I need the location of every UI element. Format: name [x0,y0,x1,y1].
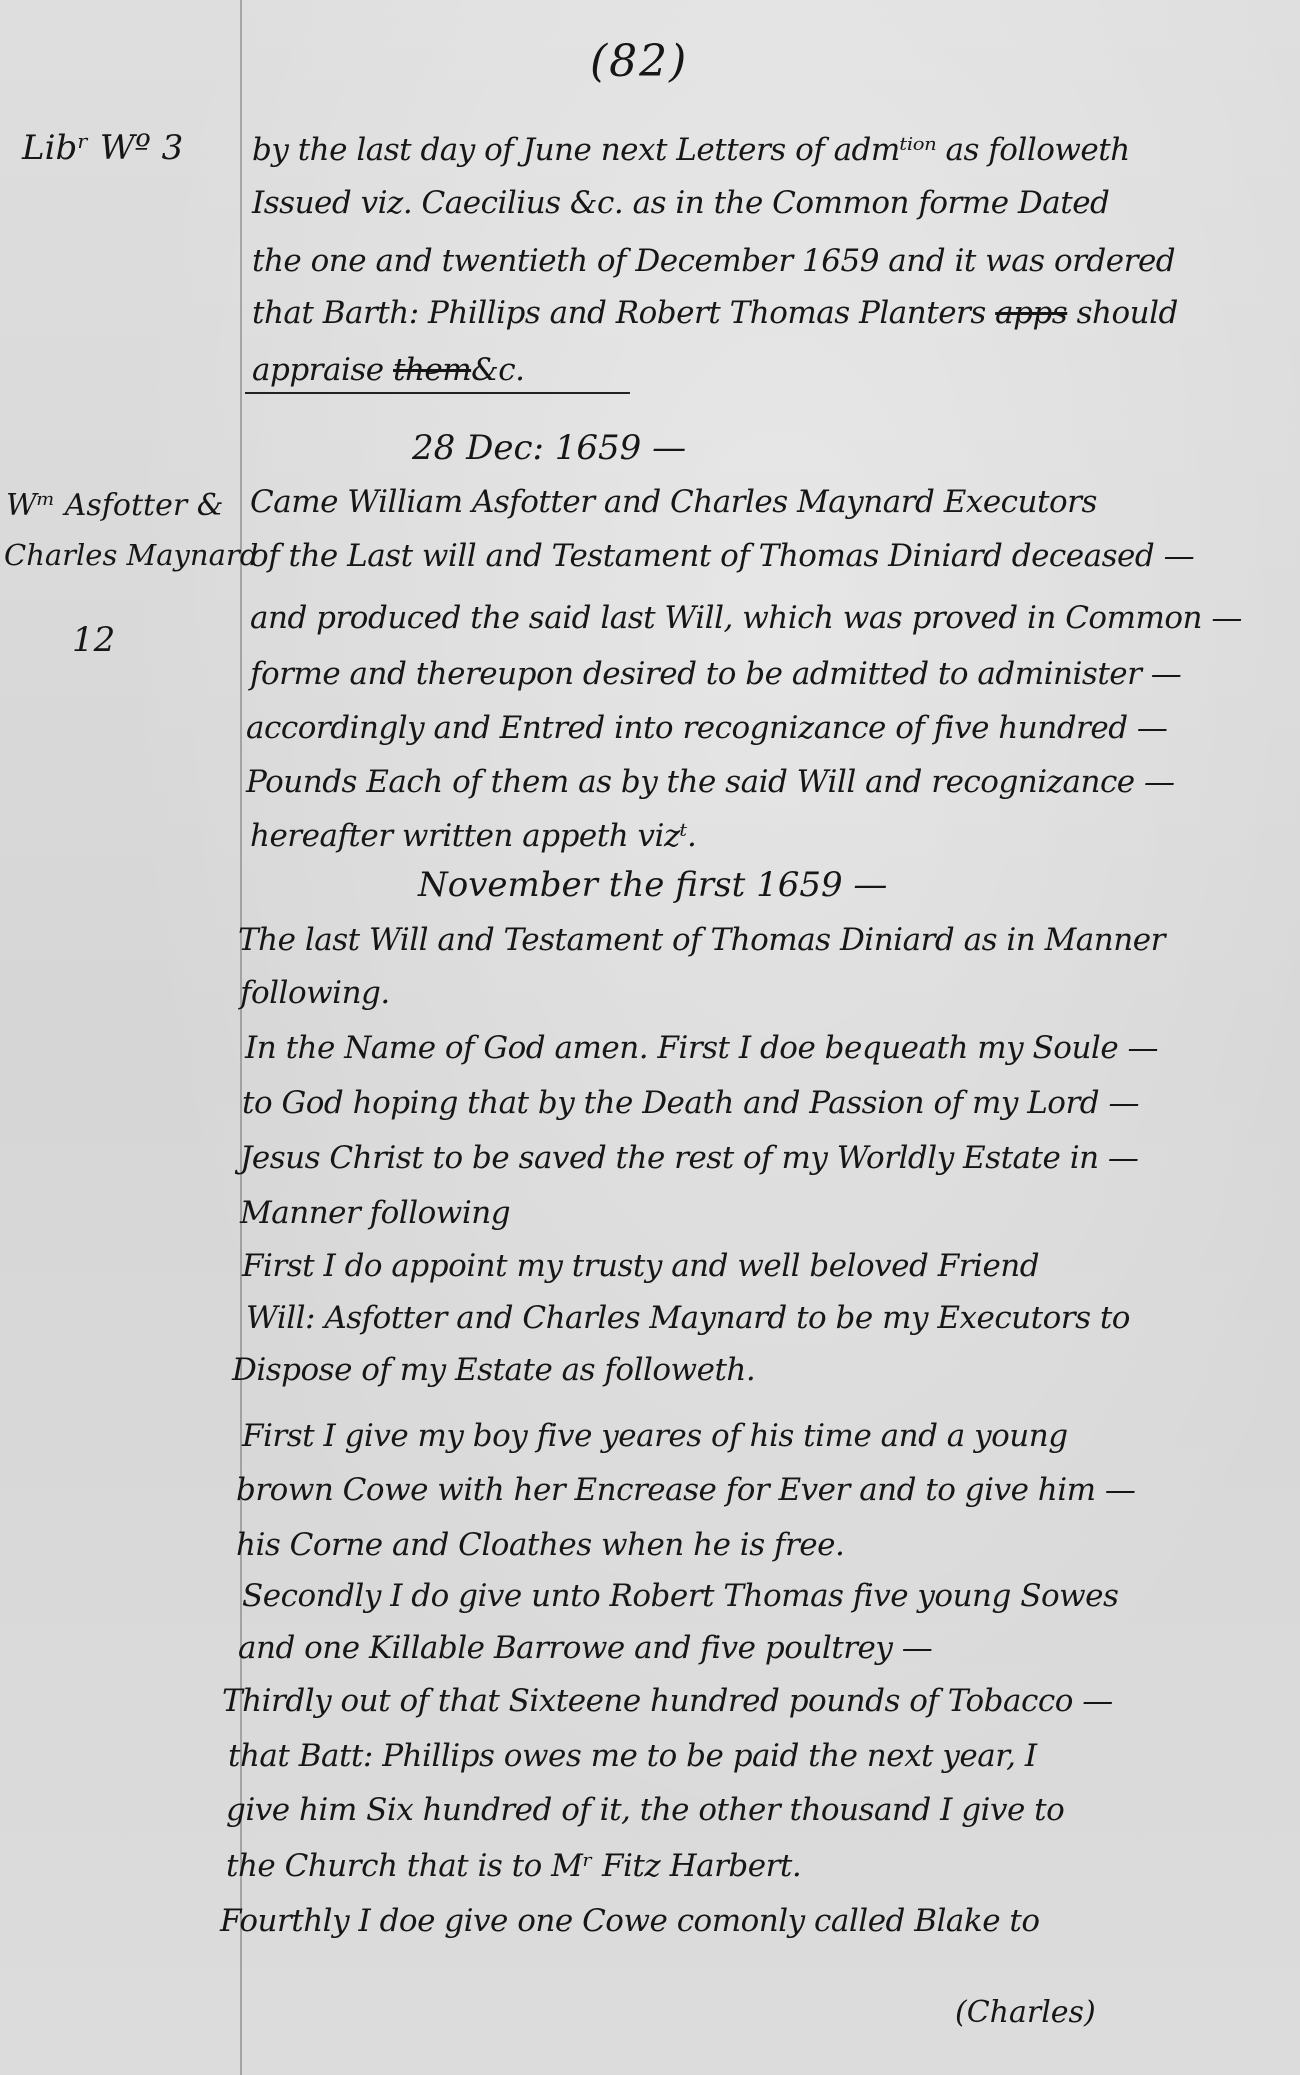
manuscript-page: (82) Libʳ Wº 3 Wᵐ Asfotter & Charles May… [0,0,1300,2075]
entry2-line-4: forme and thereupon desired to be admitt… [250,656,1181,692]
entry1-line-4: that Barth: Phillips and Robert Thomas P… [252,295,1178,331]
will-line-3: In the Name of God amen. First I doe beq… [245,1030,1158,1066]
struck-word: apps [995,295,1067,331]
will-line-7: First I do appoint my trusty and well be… [242,1248,1039,1284]
will-line-4: to God hoping that by the Death and Pass… [242,1085,1139,1121]
will-line-19: Fourthly I doe give one Cowe comonly cal… [220,1903,1040,1939]
will-line-14: and one Killable Barrowe and five poultr… [238,1630,932,1666]
entry2-line-1: Came William Asfotter and Charles Maynar… [250,484,1097,520]
margin-note-number: 12 [72,620,115,660]
entry2-line-3: and produced the said last Will, which w… [250,600,1242,636]
will-line-18: the Church that is to Mʳ Fitz Harbert. [226,1848,801,1884]
will-line-2: following. [240,975,390,1011]
will-line-10: First I give my boy five yeares of his t… [242,1418,1068,1454]
entry1-line-4-text: that Barth: Phillips and Robert Thomas P… [252,295,986,331]
will-line-6: Manner following [240,1195,510,1231]
will-line-5: Jesus Christ to be saved the rest of my … [240,1140,1138,1176]
will-line-11: brown Cowe with her Encrease for Ever an… [236,1472,1135,1508]
entry1-line-1: by the last day of June next Letters of … [252,132,1130,168]
entry-separator-rule [245,392,630,394]
margin-note-name-1: Wᵐ Asfotter & [6,488,223,523]
entry2-line-7: hereafter written appeth vizᵗ. [250,818,696,854]
margin-note-name-2: Charles Maynard [4,538,258,572]
will-line-1: The last Will and Testament of Thomas Di… [238,922,1165,958]
entry2-line-2: of the Last will and Testament of Thomas… [250,538,1194,574]
entry1-line-5: appraise them&c. [252,352,524,388]
will-line-13: Secondly I do give unto Robert Thomas fi… [242,1578,1118,1614]
entry2-line-5: accordingly and Entred into recognizance… [246,710,1167,746]
entry1-line-5-text: appraise [252,352,384,388]
struck-word: them [393,352,471,388]
entry1-etc: &c. [471,352,524,388]
margin-note-liber: Libʳ Wº 3 [22,128,183,168]
will-line-12: his Corne and Cloathes when he is free. [236,1527,844,1563]
will-line-15: Thirdly out of that Sixteene hundred pou… [222,1683,1113,1719]
entry2-line-6: Pounds Each of them as by the said Will … [246,764,1175,800]
entry1-line-2: Issued viz. Caecilius &c. as in the Comm… [252,185,1109,221]
will-line-17: give him Six hundred of it, the other th… [226,1792,1064,1828]
catchword: (Charles) [955,1995,1096,2030]
will-line-9: Dispose of my Estate as followeth. [232,1352,755,1388]
will-date-heading: November the first 1659 — [418,865,887,905]
entry1-line-3: the one and twentieth of December 1659 a… [252,243,1175,279]
folio-number: (82) [590,36,688,87]
will-line-16: that Batt: Phillips owes me to be paid t… [228,1738,1037,1774]
will-line-8: Will: Asfotter and Charles Maynard to be… [246,1300,1130,1336]
entry1-should: should [1077,295,1178,331]
entry2-date-heading: 28 Dec: 1659 — [412,428,686,468]
